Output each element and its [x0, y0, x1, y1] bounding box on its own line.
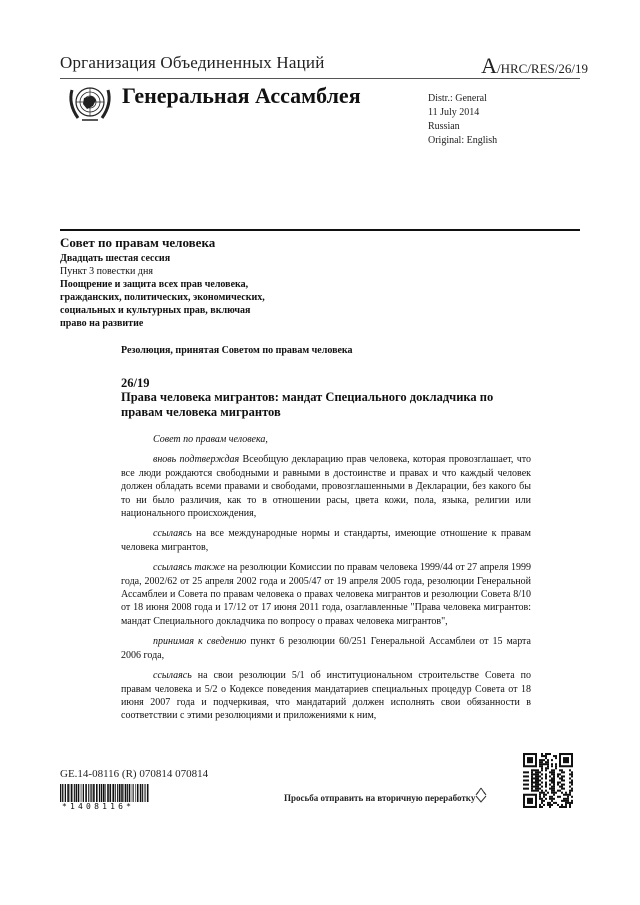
- section-rule: [60, 229, 580, 231]
- preamble-paragraph: ссылаясь также на резолюции Комиссии по …: [121, 561, 531, 628]
- header-rule: [60, 78, 580, 79]
- preamble-paragraph: принимая к сведению пункт 6 резолюции 60…: [121, 635, 531, 662]
- preamble-paragraph: ссылаясь на все международные нормы и ст…: [121, 527, 531, 554]
- assembly-title: Генеральная Ассамблея: [122, 83, 361, 109]
- council-block: Совет по правам человека Двадцать шестая…: [60, 236, 265, 330]
- recycle-icon: [472, 786, 490, 804]
- council-name: Совет по правам человека: [60, 236, 265, 249]
- agenda-title-line: социальных и культурных прав, включая: [60, 304, 265, 317]
- recycle-text: Просьба отправить на вторичную переработ…: [284, 793, 475, 803]
- agenda-title-line: Поощрение и защита всех прав человека,: [60, 278, 265, 291]
- issue-date: 11 July 2014: [428, 106, 497, 120]
- session: Двадцать шестая сессия: [60, 252, 265, 265]
- document-symbol: A/HRC/RES/26/19: [481, 53, 588, 79]
- document-code: GE.14-08116 (R) 070814 070814: [60, 768, 208, 780]
- preamble-paragraph: ссылаясь на свои резолюции 5/1 об инстит…: [121, 669, 531, 723]
- preamble-paragraph: вновь подтверждая Всеобщую декларацию пр…: [121, 453, 531, 520]
- language: Russian: [428, 120, 497, 134]
- adopted-by: Резолюция, принятая Советом по правам че…: [121, 345, 353, 356]
- agenda-title-line: право на развитие: [60, 317, 265, 330]
- qr-code-icon: [523, 753, 573, 808]
- agenda-title-line: гражданских, политических, экономических…: [60, 291, 265, 304]
- distribution: Distr.: General: [428, 92, 497, 106]
- resolution-body: Совет по правам человека, вновь подтверж…: [121, 433, 531, 730]
- resolution-number: 26/19: [121, 376, 149, 391]
- distribution-block: Distr.: General 11 July 2014 Russian Ori…: [428, 92, 497, 148]
- symbol-rest: /HRC/RES/26/19: [497, 61, 588, 76]
- opening-line: Совет по правам человека,: [121, 433, 531, 446]
- barcode-number: *1408116*: [62, 802, 134, 811]
- original-language: Original: English: [428, 134, 497, 148]
- un-emblem-icon: [66, 82, 114, 124]
- resolution-title: Права человека мигрантов: мандат Специал…: [121, 390, 531, 420]
- organization-name: Организация Объединенных Наций: [60, 53, 325, 73]
- agenda-item: Пункт 3 повестки дня: [60, 265, 265, 278]
- symbol-prefix: A: [481, 53, 497, 78]
- barcode-icon: [60, 784, 150, 802]
